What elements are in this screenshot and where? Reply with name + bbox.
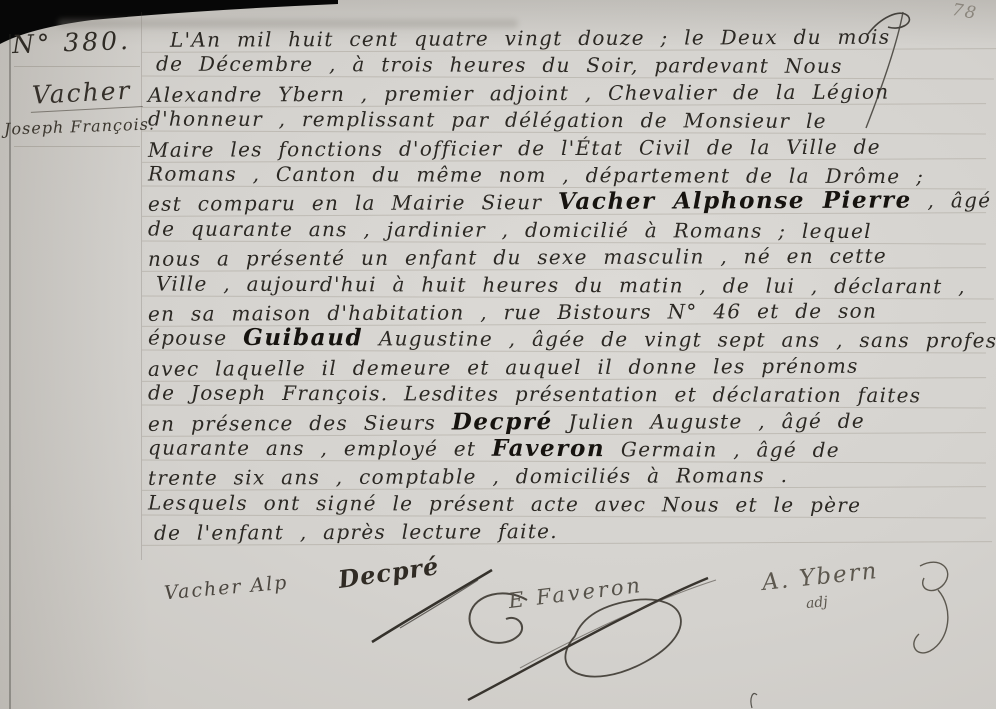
line-text: quarante ans , employé et bbox=[148, 436, 492, 461]
line-text: épouse bbox=[148, 326, 243, 350]
line-text: Germain , âgé de bbox=[605, 437, 840, 462]
line-text: Augustine , âgée de vingt sept ans , san… bbox=[363, 326, 996, 352]
line-text: de l'enfant , après lecture faite. bbox=[154, 519, 558, 545]
line-text: de Joseph François. Lesdites présentatio… bbox=[148, 381, 921, 408]
line-text: en présence des Sieurs bbox=[148, 411, 452, 436]
line-text: Maire les fonctions d'officier de l'État… bbox=[148, 135, 881, 162]
line-text: Romans , Canton du même nom , départemen… bbox=[148, 162, 924, 189]
text-line: nous a présenté un enfant du sexe mascul… bbox=[148, 241, 986, 273]
line-text: de quarante ans , jardinier , domicilié … bbox=[148, 217, 872, 244]
line-text: Lesquels ont signé le présent acte avec … bbox=[148, 491, 861, 517]
line-text: L'An mil huit cent quatre vingt douze ; … bbox=[170, 25, 890, 52]
line-text: Ville , aujourd'hui à huit heures du mat… bbox=[156, 272, 966, 299]
text-line: est comparu en la Mairie Sieur Vacher Al… bbox=[148, 186, 986, 218]
line-text: de Décembre , à trois heures du Soir, pa… bbox=[156, 52, 843, 78]
line-name-emphasis: Faveron bbox=[492, 435, 605, 462]
signature-officer-title: adj bbox=[805, 594, 828, 612]
text-line: épouse Guibaud Augustine , âgée de vingt… bbox=[148, 324, 986, 355]
act-body-text: L'An mil huit cent quatre vingt douze ; … bbox=[0, 0, 996, 709]
line-text: Julien Auguste , âgé de bbox=[553, 409, 865, 434]
line-text: est comparu en la Mairie Sieur bbox=[148, 190, 558, 216]
line-text: Alexandre Ybern , premier adjoint , Chev… bbox=[148, 80, 890, 107]
line-name-emphasis: Vacher Alphonse Pierre bbox=[558, 186, 912, 215]
text-line: trente six ans , comptable , domiciliés … bbox=[148, 460, 986, 492]
text-line: de l'enfant , après lecture faite. bbox=[148, 515, 992, 547]
line-text: avec laquelle il demeure et auquel il do… bbox=[148, 354, 859, 381]
line-name-emphasis: Decpré bbox=[452, 408, 553, 435]
line-text: , âgé bbox=[912, 188, 992, 212]
line-text: nous a présenté un enfant du sexe mascul… bbox=[148, 244, 887, 271]
scanned-register-page: { "page": { "folio_number": "78" }, "mar… bbox=[0, 0, 996, 709]
text-line: de Décembre , à trois heures du Soir, pa… bbox=[148, 50, 994, 81]
line-text: d'honneur , remplissant par délégation d… bbox=[148, 107, 827, 133]
line-text: trente six ans , comptable , domiciliés … bbox=[148, 463, 788, 490]
line-text: en sa maison d'habitation , rue Bistours… bbox=[148, 299, 877, 326]
text-line: de Joseph François. Lesdites présentatio… bbox=[148, 379, 986, 410]
line-name-emphasis: Guibaud bbox=[243, 324, 363, 351]
text-line: d'honneur , remplissant par délégation d… bbox=[148, 105, 986, 136]
